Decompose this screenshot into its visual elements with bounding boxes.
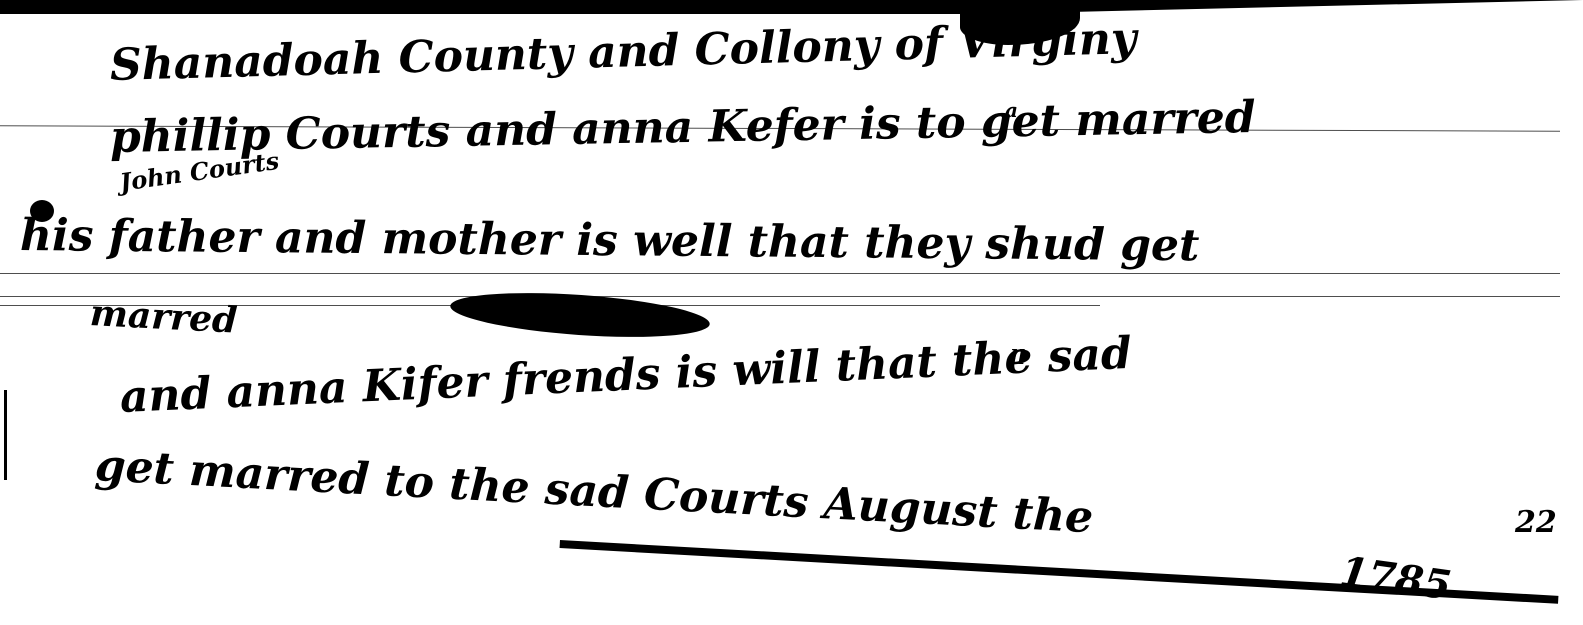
superscript-a: a xyxy=(1005,98,1018,122)
ruled-line xyxy=(0,273,1560,274)
scanned-document-page: Shanadoah County and Collony of Virginy … xyxy=(0,0,1583,625)
scan-top-shadow xyxy=(0,0,1583,14)
document-line-5: and anna Kifer frends is will that the s… xyxy=(119,328,1133,423)
date-year: 1785 xyxy=(1337,547,1454,609)
date-day: 22 xyxy=(1515,505,1557,540)
ink-blot-middle xyxy=(449,286,711,344)
document-line-3: his father and mother is well that they … xyxy=(20,210,1200,271)
page-left-edge-shadow xyxy=(4,390,7,480)
document-line-6: get marred to the sad Courts August the xyxy=(94,440,1095,543)
document-line-4: marred xyxy=(89,292,238,342)
document-line-2: phillip Courts and anna Kefer is to get … xyxy=(110,92,1256,163)
document-line-1: Shanadoah County and Collony of Virginy xyxy=(109,13,1137,91)
ruled-line xyxy=(0,296,1560,297)
superscript-ll: ll xyxy=(1010,345,1025,369)
